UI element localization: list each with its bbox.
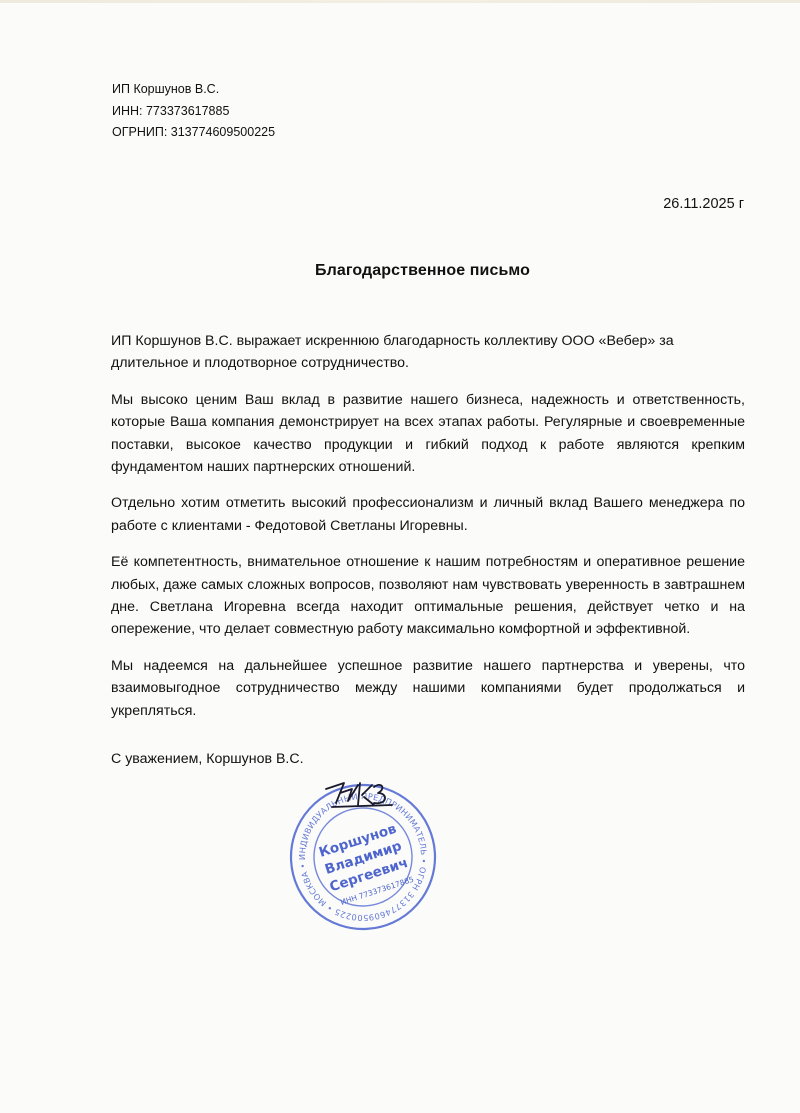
letter-body: ИП Коршунов В.С. выражает искреннюю благ…: [111, 330, 745, 736]
handwritten-signature: [322, 775, 402, 815]
paper-top-edge: [0, 0, 800, 3]
sender-block: ИП Коршунов В.С. ИНН: 773373617885 ОГРНИ…: [112, 79, 275, 144]
letter-date: 26.11.2025 г: [663, 196, 744, 212]
paragraph-appreciation: Мы высоко ценим Ваш вклад в развитие наш…: [111, 389, 745, 479]
letter-title: Благодарственное письмо: [0, 262, 800, 280]
paragraph-competence: Её компетентность, внимательное отношени…: [111, 551, 745, 641]
sender-ogrnip: ОГРНИП: 313774609500225: [112, 122, 275, 144]
paragraph-intro: ИП Коршунов В.С. выражает искреннюю благ…: [111, 330, 745, 375]
closing-signature-line: С уважением, Коршунов В.С.: [111, 751, 304, 767]
signature-icon: [322, 775, 402, 815]
paragraph-manager: Отдельно хотим отметить высокий професси…: [111, 492, 745, 537]
paragraph-future: Мы надеемся на дальнейшее успешное разви…: [111, 655, 745, 722]
sender-inn: ИНН: 773373617885: [112, 101, 275, 123]
sender-name: ИП Коршунов В.С.: [112, 79, 275, 101]
